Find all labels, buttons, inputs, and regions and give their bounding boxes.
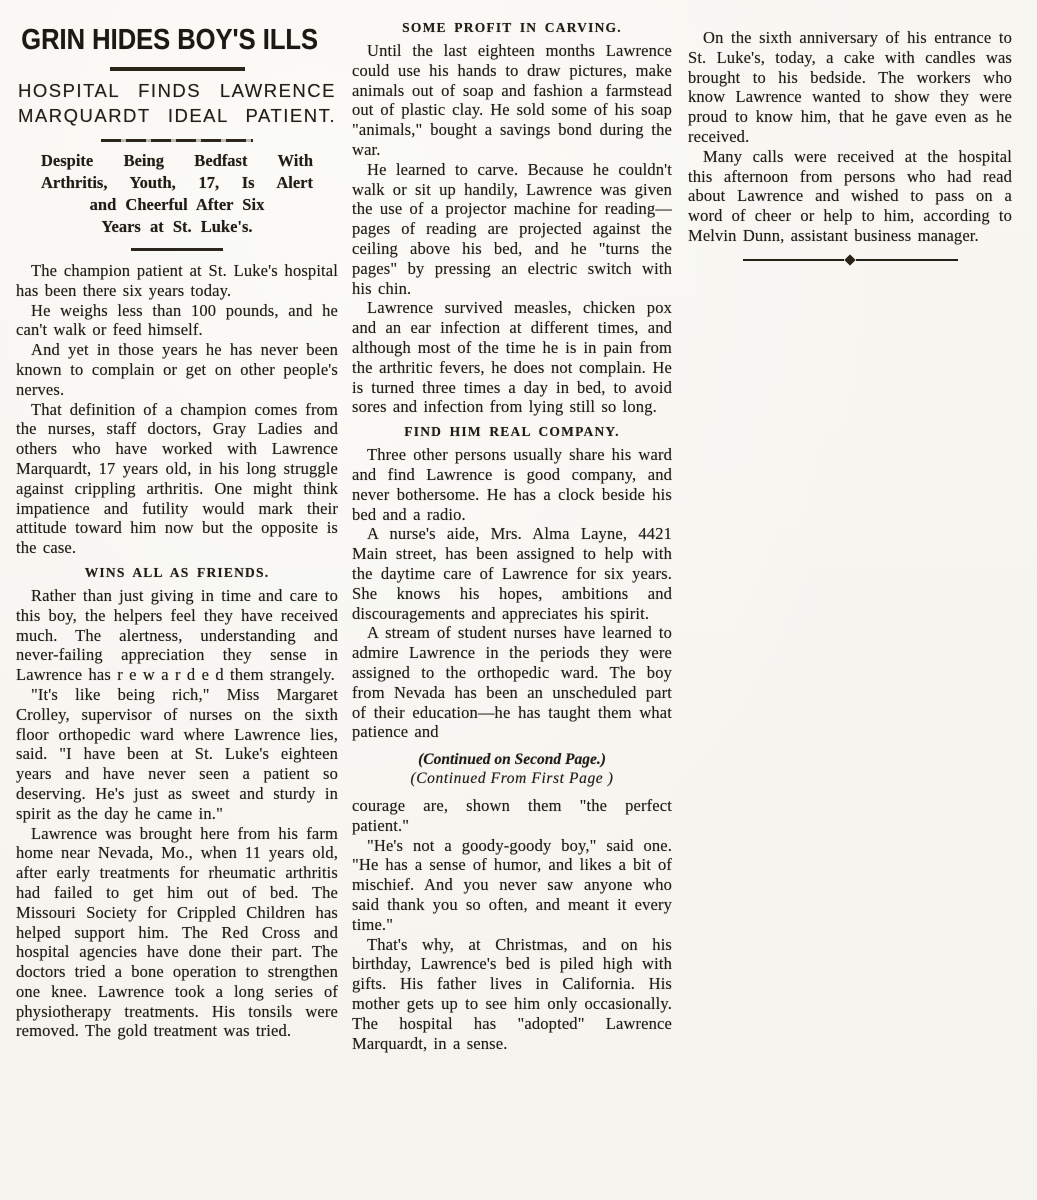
continued-from-note: (Continued From First Page ) <box>352 770 672 788</box>
deck-line: and Cheerful After Six <box>41 194 313 216</box>
paragraph: On the sixth anniversary of his entrance… <box>688 28 1012 147</box>
paragraph: He weighs less than 100 pounds, and he c… <box>16 301 338 341</box>
paragraph: "It's like being rich," Miss Margaret Cr… <box>16 685 338 824</box>
paragraph: The champion patient at St. Luke's hospi… <box>16 261 338 301</box>
end-divider-diamond-icon <box>844 254 855 265</box>
deck-line: Despite Being Bedfast With <box>41 150 313 172</box>
deck-divider <box>131 248 223 251</box>
subheadline: HOSPITAL FINDS LAWRENCE MARQUARDT IDEAL … <box>16 79 338 129</box>
paragraph: "He's not a goody-goody boy," said one. … <box>352 836 672 935</box>
paragraph: That's why, at Christmas, and on his bir… <box>352 935 672 1054</box>
column-3: On the sixth anniversary of his entrance… <box>688 0 1012 264</box>
end-divider-line <box>856 259 958 261</box>
paragraph: courage are, shown them "the perfect pat… <box>352 796 672 836</box>
crosshead-wins-all-as-friends: WINS ALL AS FRIENDS. <box>16 565 338 581</box>
paragraph: Lawrence survived measles, chicken pox a… <box>352 298 672 417</box>
crosshead-some-profit-in-carving: SOME PROFIT IN CARVING. <box>352 20 672 36</box>
paragraph: He learned to carve. Because he couldn't… <box>352 160 672 299</box>
paragraph: And yet in those years he has never been… <box>16 340 338 399</box>
deck-line: Arthritis, Youth, 17, Is Alert <box>41 172 313 194</box>
paragraph: A nurse's aide, Mrs. Alma Layne, 4421 Ma… <box>352 524 672 623</box>
headline: GRIN HIDES BOY'S ILLS <box>16 24 299 57</box>
crosshead-find-him-real-company: FIND HIM REAL COMPANY. <box>352 424 672 440</box>
column-2: SOME PROFIT IN CARVING. Until the last e… <box>352 0 672 1053</box>
paragraph: Many calls were received at the hospital… <box>688 147 1012 246</box>
column-1: GRIN HIDES BOY'S ILLS HOSPITAL FINDS LAW… <box>16 0 338 1041</box>
paragraph: Lawrence was brought here from his farm … <box>16 824 338 1042</box>
deck: Despite Being Bedfast With Arthritis, Yo… <box>41 150 313 238</box>
paragraph: A stream of student nurses have learned … <box>352 623 672 742</box>
paragraph: Until the last eighteen months Lawrence … <box>352 41 672 160</box>
headline-divider <box>110 67 245 71</box>
end-divider-line <box>743 259 845 261</box>
paragraph: Three other persons usually share his wa… <box>352 445 672 524</box>
continued-on-note: (Continued on Second Page.) <box>352 751 672 769</box>
article-end-divider <box>743 256 958 264</box>
subhead-divider <box>101 139 253 142</box>
subheadline-line: MARQUARDT IDEAL PATIENT. <box>18 104 336 129</box>
newspaper-page: GRIN HIDES BOY'S ILLS HOSPITAL FINDS LAW… <box>0 0 1037 1200</box>
subheadline-line: HOSPITAL FINDS LAWRENCE <box>18 79 336 104</box>
paragraph: That definition of a champion comes from… <box>16 400 338 558</box>
deck-line: Years at St. Luke's. <box>41 216 313 238</box>
paragraph: Rather than just giving in time and care… <box>16 586 338 685</box>
